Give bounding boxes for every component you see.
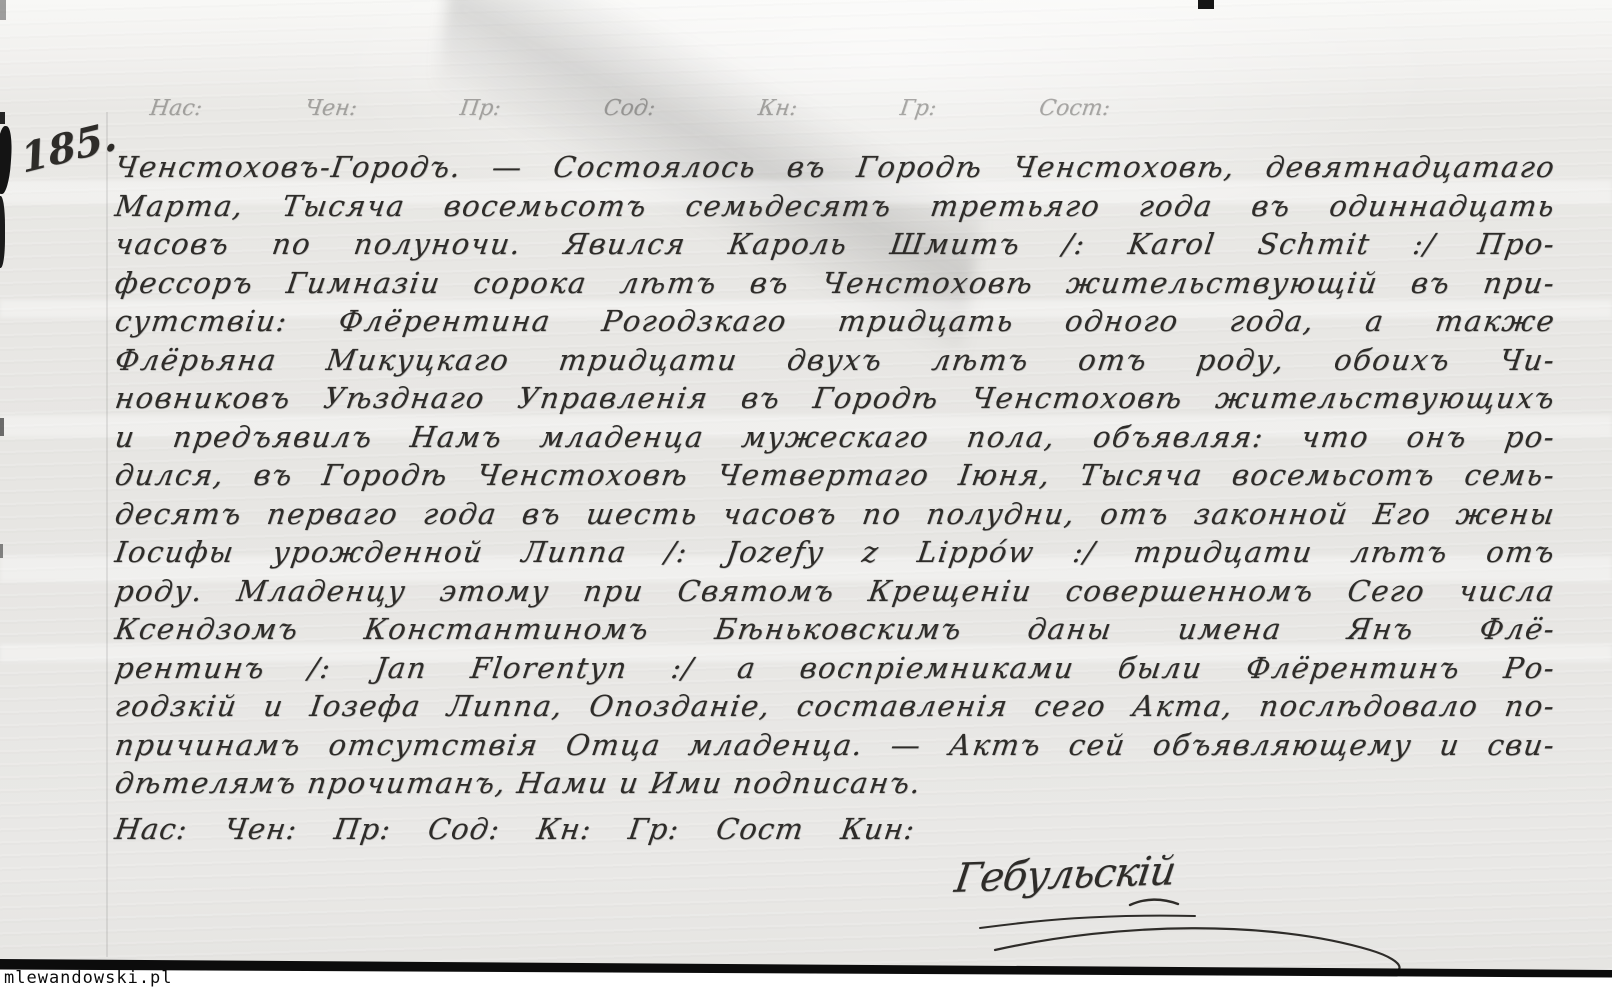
margin-rule-line [106,112,108,957]
record-line: фессоръ Гимназіи сорока лѣтъ въ Ченстохо… [112,266,1557,305]
record-line: рентинъ /: Jan Florentyn :/ а воспріемни… [112,651,1557,690]
record-line: сутствіи: Флёрентина Рогодзкаго тридцать… [112,304,1557,343]
record-line: Марта, Тысяча восемьсотъ семьдесятъ трет… [112,189,1557,228]
spine-shadow-mark [0,112,5,124]
record-line: Флёрьяна Микуцкаго тридцати двухъ лѣтъ о… [112,343,1557,382]
record-line: годзкій и Іозефа Липпа, Опозданіе, соста… [112,689,1557,728]
page-bottom-edge [0,949,1612,989]
page-top-edge-mark [1198,0,1214,9]
record-line: и предъявилъ Намъ младенца мужескаго пол… [112,420,1557,459]
record-line: новниковъ Уѣзднаго Управленія въ Городѣ … [112,381,1557,420]
spine-shadow-mark [0,418,4,436]
record-line: дѣтелямъ прочитанъ, Нами и Ими подписанъ… [112,766,1557,805]
scanned-record-page: 185. Нас: Чен: Пр: Сод: Кн: Гр: Сост: Че… [0,0,1612,989]
record-line: часовъ по полуночи. Явился Кароль Шмитъ … [112,227,1557,266]
record-line: причинамъ отсутствія Отца младенца. — Ак… [112,728,1557,767]
record-body: Ченстоховъ-Городъ. — Состоялось въ Город… [115,150,1555,805]
record-line: роду. Младенцу этому при Святомъ Крещені… [112,574,1557,613]
record-line: десятъ перваго года въ шесть часовъ по п… [112,497,1557,536]
record-line: Ченстоховъ-Городъ. — Состоялось въ Город… [112,150,1557,189]
spine-shadow-mark [0,544,3,558]
previous-entry-fragment: Нас: Чен: Пр: Сод: Кн: Гр: Сост: [148,96,1112,121]
record-line: Ксендзомъ Константиномъ Бѣньковскимъ дан… [112,612,1557,651]
spine-shadow-mark [0,0,6,20]
record-line: дился, въ Городѣ Ченстоховѣ Четвертаго І… [112,458,1557,497]
record-line: Іосифы урожденной Липпа /: Jozefy z Lipp… [112,535,1557,574]
watermark-text: mlewandowski.pl [4,968,173,988]
closing-abbreviations: Нас: Чен: Пр: Сод: Кн: Гр: Сост Кин: [113,812,918,846]
